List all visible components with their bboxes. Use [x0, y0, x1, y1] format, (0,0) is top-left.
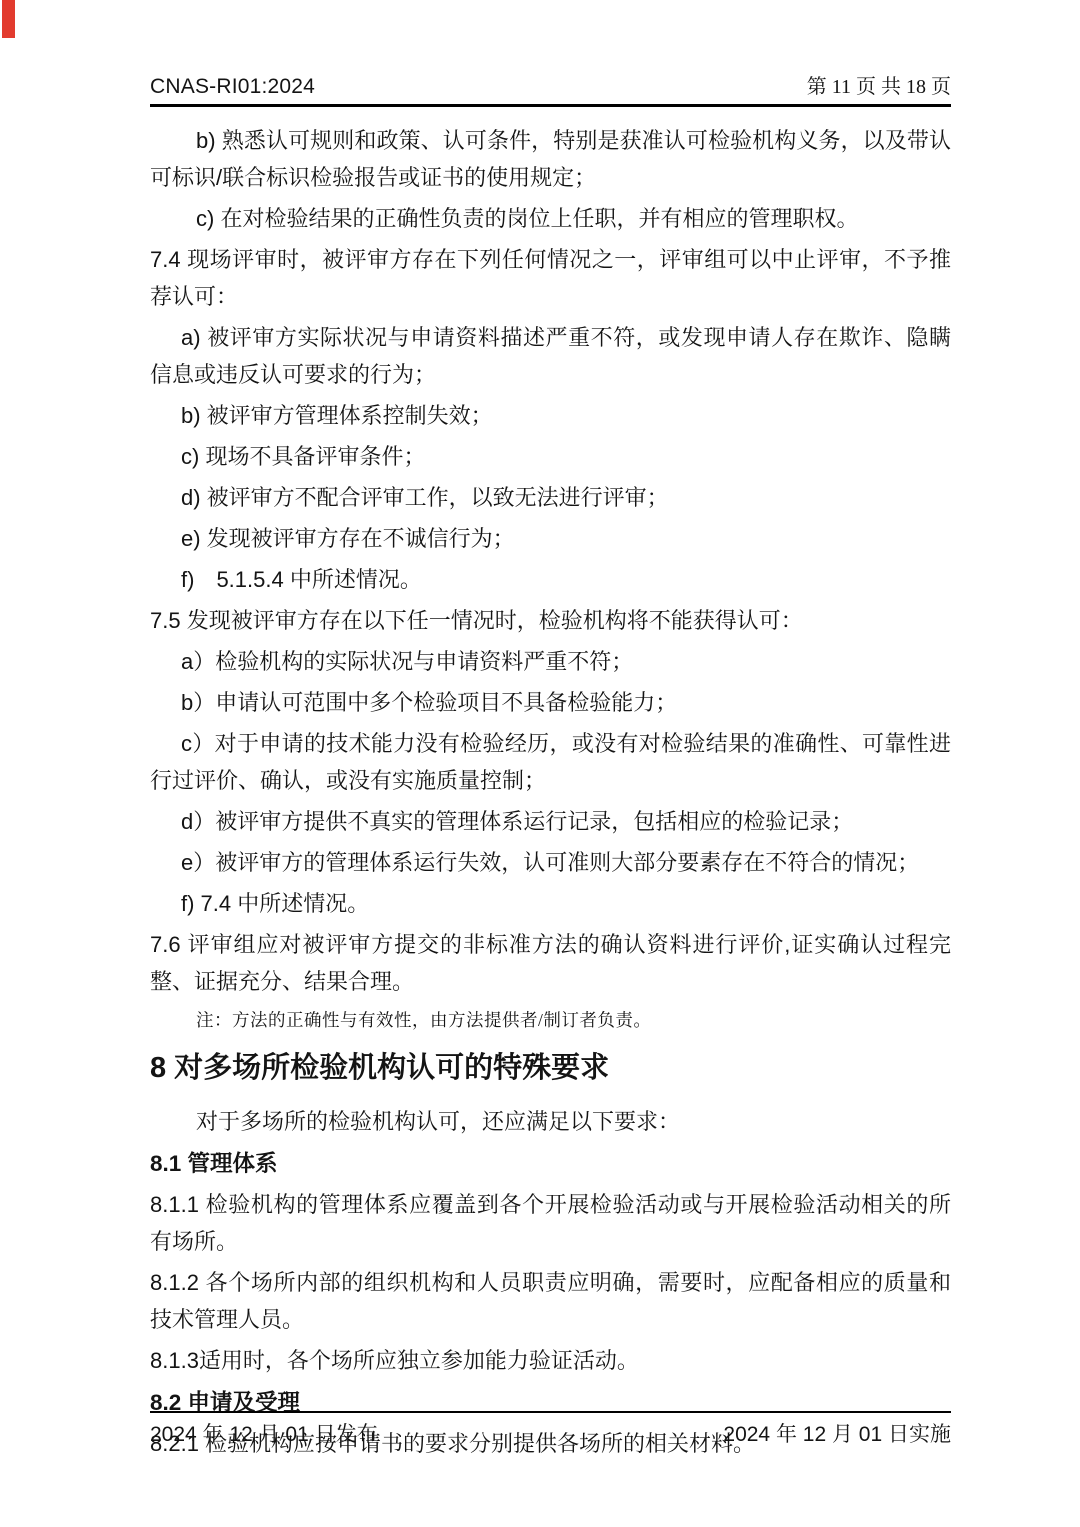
page-number-info: 第 11 页 共 18 页 [807, 70, 951, 99]
implementation-date: 2024 年 12 月 01 日实施 [723, 1418, 951, 1448]
page-header: CNAS-RI01:2024 第 11 页 共 18 页 [150, 70, 951, 107]
paragraph: b）申请认可范围中多个检验项目不具备检验能力； [150, 684, 951, 721]
paragraph: 8.1.1 检验机构的管理体系应覆盖到各个开展检验活动或与开展检验活动相关的所有… [150, 1186, 951, 1260]
paragraph: c) 在对检验结果的正确性负责的岗位上任职，并有相应的管理职权。 [150, 200, 951, 237]
paragraph: 8.1.3适用时，各个场所应独立参加能力验证活动。 [150, 1342, 951, 1379]
paragraph: f) 5.1.5.4 中所述情况。 [150, 561, 951, 598]
paragraph: 7.4 现场评审时，被评审方存在下列任何情况之一，评审组可以中止评审，不予推荐认… [150, 241, 951, 315]
paragraph: 8.1.2 各个场所内部的组织机构和人员职责应明确，需要时，应配备相应的质量和技… [150, 1264, 951, 1338]
paragraph: 7.5 发现被评审方存在以下任一情况时，检验机构将不能获得认可： [150, 602, 951, 639]
paragraph: 对于多场所的检验机构认可，还应满足以下要求： [150, 1103, 951, 1140]
paragraph: a) 被评审方实际状况与申请资料描述严重不符，或发现申请人存在欺诈、隐瞒信息或违… [150, 319, 951, 393]
paragraph: d) 被评审方不配合评审工作，以致无法进行评审； [150, 479, 951, 516]
paragraph: d）被评审方提供不真实的管理体系运行记录，包括相应的检验记录； [150, 803, 951, 840]
paragraph: b) 被评审方管理体系控制失效； [150, 397, 951, 434]
subsection-heading: 8.1 管理体系 [150, 1145, 951, 1182]
paragraph: c）对于申请的技术能力没有检验经历，或没有对检验结果的准确性、可靠性进行过评价、… [150, 725, 951, 799]
note-line: 注：方法的正确性与有效性，由方法提供者/制订者负责。 [150, 1008, 951, 1032]
section-heading: 8 对多场所检验机构认可的特殊要求 [150, 1048, 951, 1088]
paragraph: b) 熟悉认可规则和政策、认可条件，特别是获准认可检验机构义务，以及带认可标识/… [150, 122, 951, 196]
document-page: CNAS-RI01:2024 第 11 页 共 18 页 b) 熟悉认可规则和政… [0, 0, 1080, 1527]
red-corner-mark [2, 0, 15, 38]
paragraph: c) 现场不具备评审条件； [150, 438, 951, 475]
document-code: CNAS-RI01:2024 [150, 75, 315, 99]
paragraph: e）被评审方的管理体系运行失效，认可准则大部分要素存在不符合的情况； [150, 844, 951, 881]
page-footer: 2024 年 12 月 01 日发布 2024 年 12 月 01 日实施 [150, 1411, 951, 1448]
paragraph: 7.6 评审组应对被评审方提交的非标准方法的确认资料进行评价,证实确认过程完整、… [150, 926, 951, 1000]
paragraph: e) 发现被评审方存在不诚信行为； [150, 520, 951, 557]
document-body: b) 熟悉认可规则和政策、认可条件，特别是获准认可检验机构义务，以及带认可标识/… [150, 122, 951, 1466]
issue-date: 2024 年 12 月 01 日发布 [150, 1418, 378, 1448]
paragraph: a）检验机构的实际状况与申请资料严重不符； [150, 643, 951, 680]
paragraph: f) 7.4 中所述情况。 [150, 885, 951, 922]
